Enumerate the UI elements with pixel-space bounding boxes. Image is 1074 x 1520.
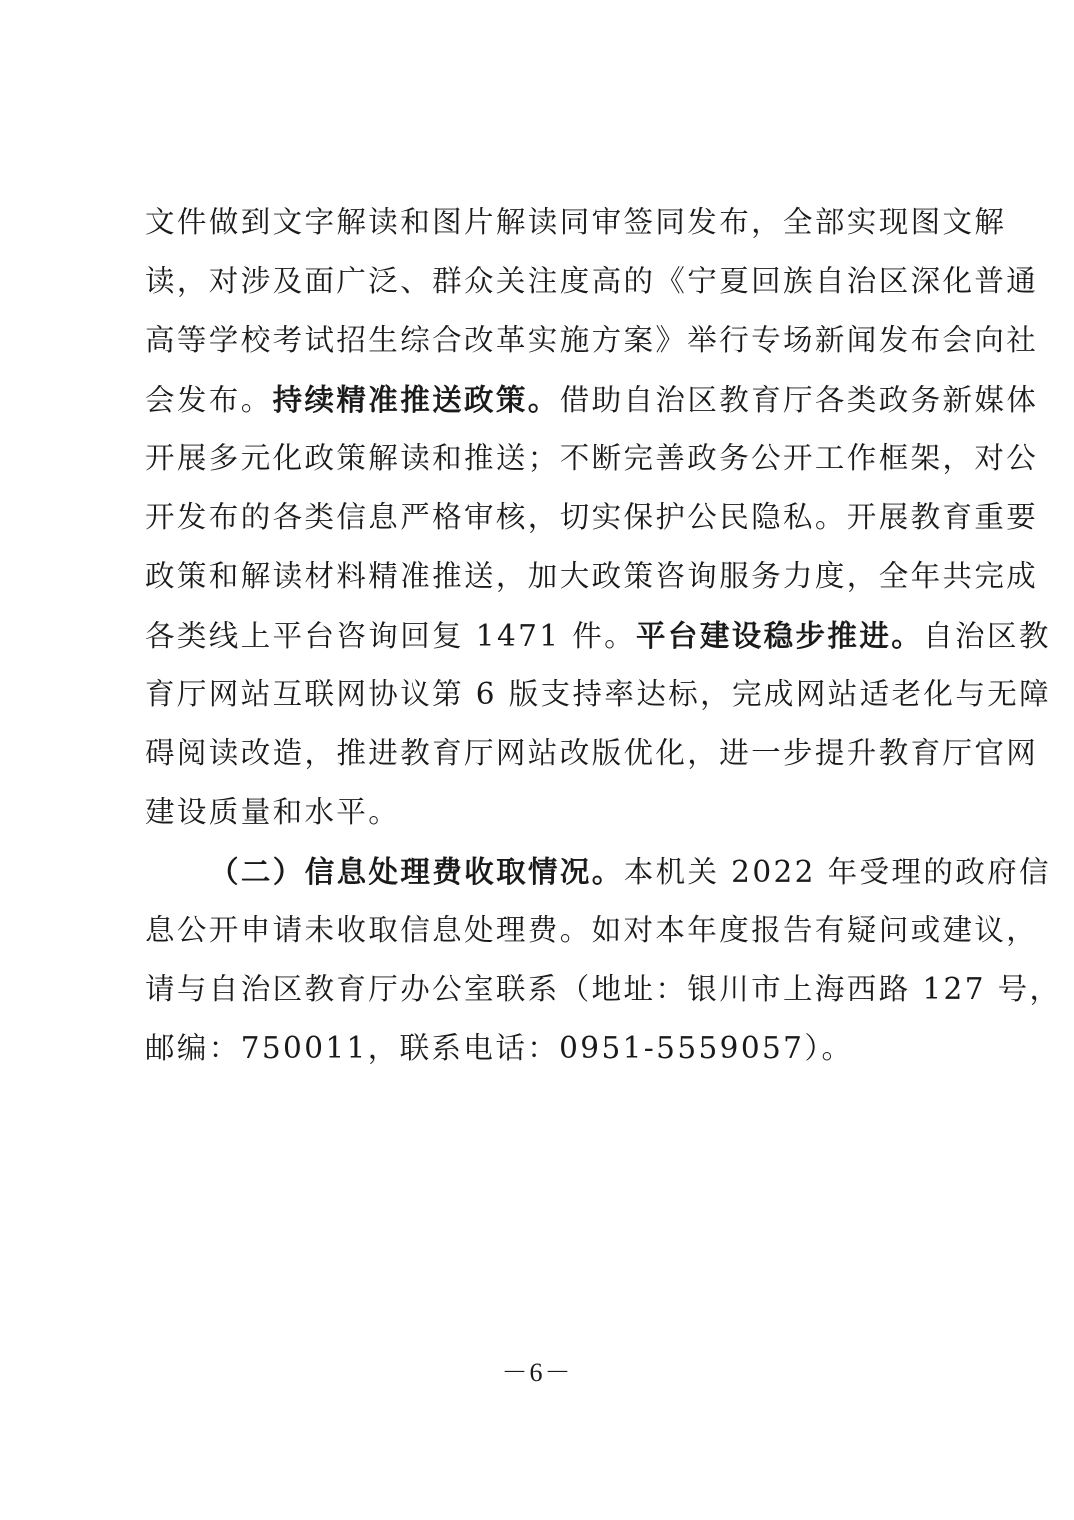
section-heading-line: （二）信息处理费收取情况。本机关 2022 年受理的政府信 bbox=[145, 842, 945, 901]
text-line: 邮编：750011，联系电话：0951-5559057）。 bbox=[145, 1019, 945, 1078]
bold-heading: 平台建设稳步推进。 bbox=[636, 618, 923, 653]
text-line: 开展多元化政策解读和推送；不断完善政务公开工作框架，对公 bbox=[145, 429, 945, 488]
text-run: 自治区教 bbox=[923, 619, 1051, 653]
text-line: 高等学校考试招生综合改革实施方案》举行专场新闻发布会向社 bbox=[145, 311, 945, 370]
body-text: 文件做到文字解读和图片解读同审签同发布，全部实现图文解 读，对涉及面广泛、群众关… bbox=[145, 193, 945, 1078]
section-heading: （二）信息处理费收取情况。 bbox=[209, 854, 624, 889]
text-line: 政策和解读材料精准推送，加大政策咨询服务力度，全年共完成 bbox=[145, 547, 945, 606]
bold-heading: 持续精准推送政策。 bbox=[273, 382, 560, 417]
text-line: 息公开申请未收取信息处理费。如对本年度报告有疑问或建议， bbox=[145, 901, 945, 960]
document-page: 文件做到文字解读和图片解读同审签同发布，全部实现图文解 读，对涉及面广泛、群众关… bbox=[0, 0, 1074, 1520]
page-number: －6－ bbox=[0, 1352, 1074, 1389]
text-line: 开发布的各类信息严格审核，切实保护公民隐私。开展教育重要 bbox=[145, 488, 945, 547]
text-line: 碍阅读改造，推进教育厅网站改版优化，进一步提升教育厅官网 bbox=[145, 724, 945, 783]
text-run: 各类线上平台咨询回复 1471 件。 bbox=[145, 619, 636, 653]
text-run: 本机关 2022 年受理的政府信 bbox=[624, 855, 1051, 889]
text-line: 育厅网站互联网协议第 6 版支持率达标，完成网站适老化与无障 bbox=[145, 665, 945, 724]
text-line: 文件做到文字解读和图片解读同审签同发布，全部实现图文解 bbox=[145, 193, 945, 252]
text-line: 各类线上平台咨询回复 1471 件。平台建设稳步推进。自治区教 bbox=[145, 606, 945, 665]
text-line: 建设质量和水平。 bbox=[145, 783, 945, 842]
text-run: 借助自治区教育厅各类政务新媒体 bbox=[560, 383, 1039, 417]
text-line: 读，对涉及面广泛、群众关注度高的《宁夏回族自治区深化普通 bbox=[145, 252, 945, 311]
text-line: 会发布。持续精准推送政策。借助自治区教育厅各类政务新媒体 bbox=[145, 370, 945, 429]
text-line: 请与自治区教育厅办公室联系（地址：银川市上海西路 127 号， bbox=[145, 960, 945, 1019]
text-run: 会发布。 bbox=[145, 383, 273, 417]
